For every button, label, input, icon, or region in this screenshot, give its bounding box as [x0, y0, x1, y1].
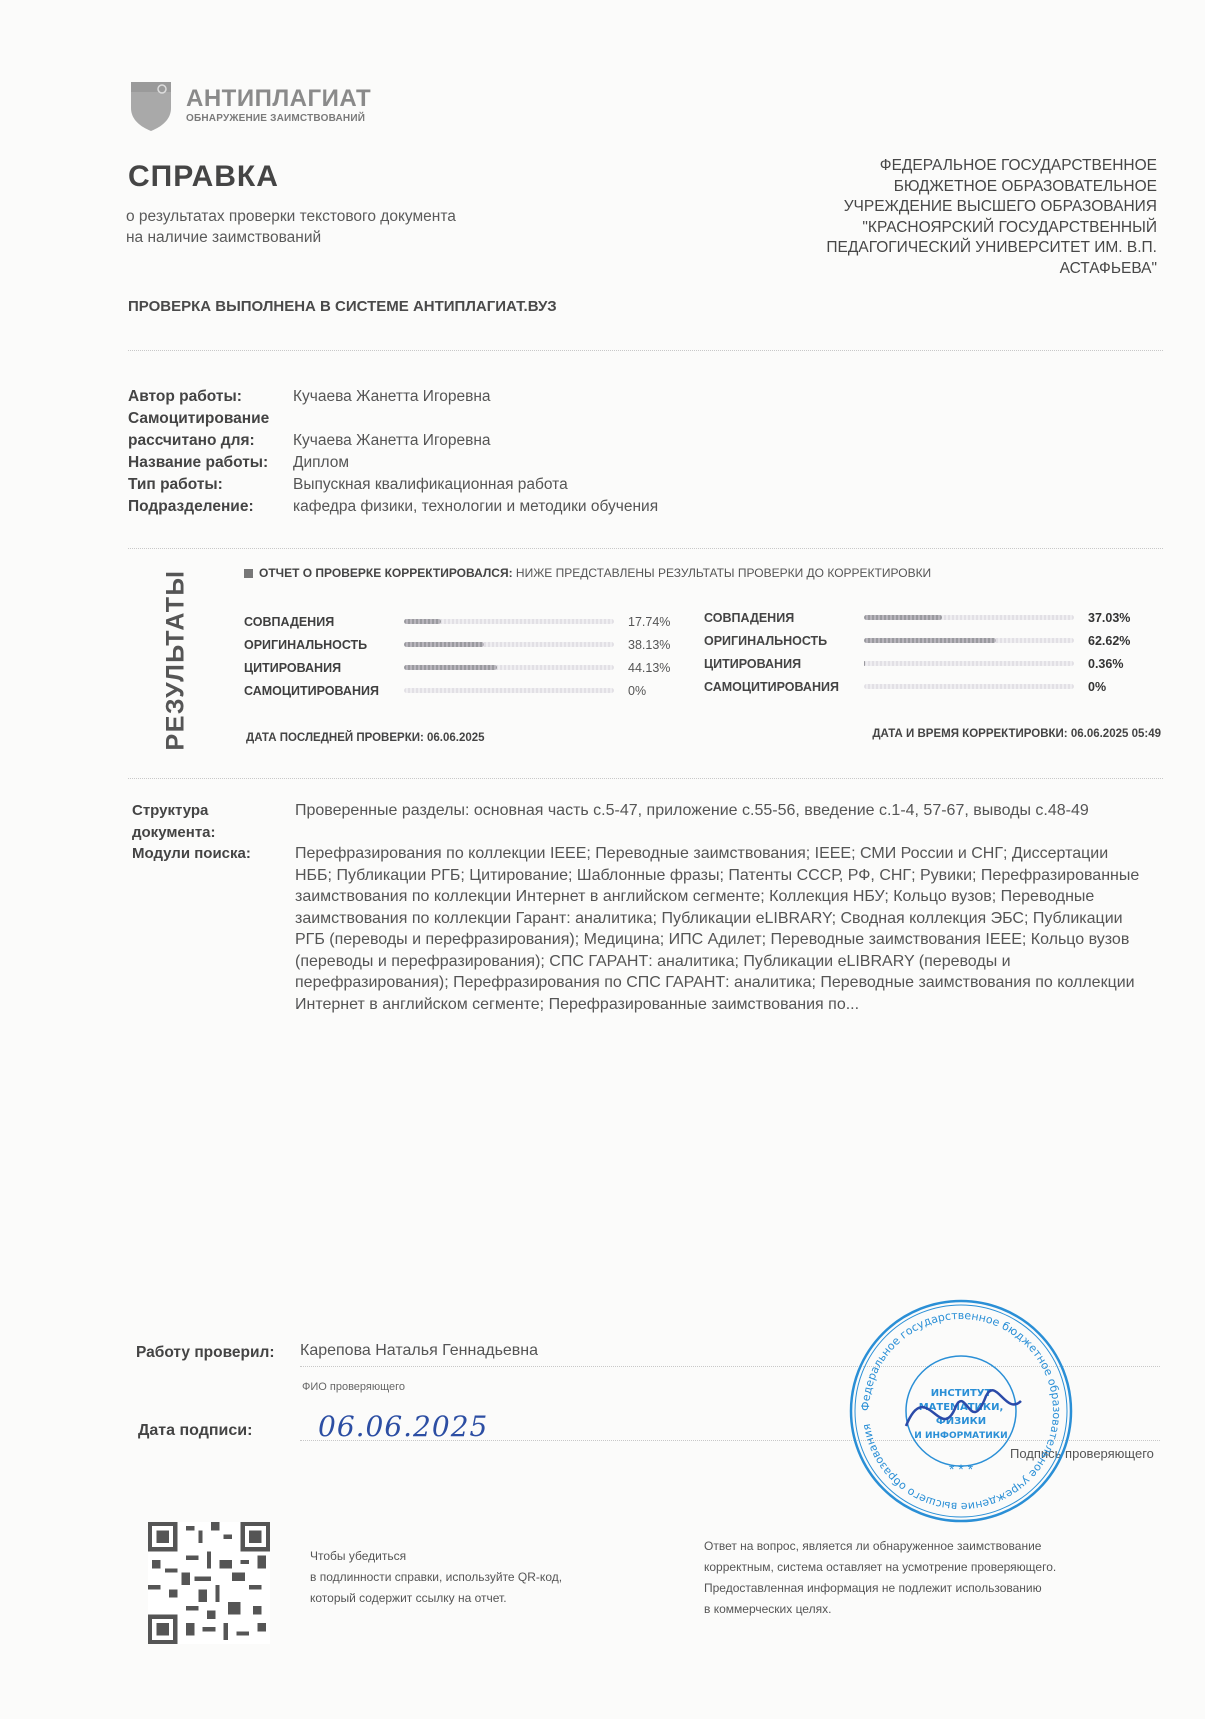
logo-subtitle: ОБНАРУЖЕНИЕ ЗАИМСТВОВАНИЙ — [186, 113, 371, 124]
stat-label: ОРИГИНАЛЬНОСТЬ — [704, 634, 864, 648]
stat-row: САМОЦИТИРОВАНИЯ0% — [244, 679, 674, 702]
stat-row: СОВПАДЕНИЯ37.03% — [704, 606, 1134, 629]
checked-by-value: Карепова Наталья Геннадьевна — [300, 1342, 538, 1360]
stat-row: СОВПАДЕНИЯ17.74% — [244, 610, 674, 633]
correction-notice: ОТЧЕТ О ПРОВЕРКЕ КОРРЕКТИРОВАЛСЯ: НИЖЕ П… — [244, 566, 931, 580]
meta-row-title: Название работы: Диплом — [128, 452, 908, 474]
stat-row: ОРИГИНАЛЬНОСТЬ62.62% — [704, 629, 1134, 652]
stat-label: САМОЦИТИРОВАНИЯ — [244, 684, 404, 698]
stats-before-correction: СОВПАДЕНИЯ37.03% ОРИГИНАЛЬНОСТЬ62.62% ЦИ… — [704, 606, 1134, 698]
meta-row-selfcite-for: рассчитано для: Кучаева Жанетта Игоревна — [128, 430, 908, 452]
meta-value: Кучаева Жанетта Игоревна — [293, 430, 491, 452]
org-line: ПЕДАГОГИЧЕСКИЙ УНИВЕРСИТЕТ ИМ. В.П. — [737, 238, 1157, 259]
stat-value: 44.13% — [628, 661, 670, 675]
last-check-date: ДАТА ПОСЛЕДНЕЙ ПРОВЕРКИ: 06.06.2025 — [246, 732, 485, 744]
meta-label: Подразделение: — [128, 496, 293, 518]
meta-value: Выпускная квалификационная работа — [293, 474, 568, 496]
org-line: УЧРЕЖДЕНИЕ ВЫСШЕГО ОБРАЗОВАНИЯ — [737, 197, 1157, 218]
stat-label: СОВПАДЕНИЯ — [244, 615, 404, 629]
org-line: ФЕДЕРАЛЬНОЕ ГОСУДАРСТВЕННОЕ — [737, 156, 1157, 177]
org-line: БЮДЖЕТНОЕ ОБРАЗОВАТЕЛЬНОЕ — [737, 177, 1157, 198]
modules-row: Модули поиска: Перефразирования по колле… — [132, 843, 1142, 1015]
meta-label: рассчитано для: — [128, 430, 293, 452]
bar-fill — [864, 661, 865, 666]
notice-bold: ОТЧЕТ О ПРОВЕРКЕ КОРРЕКТИРОВАЛСЯ: — [259, 566, 513, 580]
divider — [128, 548, 1163, 549]
fio-caption: ФИО проверяющего — [302, 1381, 405, 1393]
system-line: ПРОВЕРКА ВЫПОЛНЕНА В СИСТЕМЕ АНТИПЛАГИАТ… — [128, 298, 557, 315]
work-metadata: Автор работы: Кучаева Жанетта Игоревна С… — [128, 386, 908, 518]
qr-text-line: Чтобы убедиться — [310, 1546, 562, 1567]
notice-text: НИЖЕ ПРЕДСТАВЛЕНЫ РЕЗУЛЬТАТЫ ПРОВЕРКИ ДО… — [513, 566, 932, 580]
disclaimer-line: в коммерческих целях. — [704, 1599, 1056, 1620]
qr-code[interactable] — [148, 1522, 270, 1644]
modules-value: Перефразирования по коллекции IEEE; Пере… — [295, 843, 1142, 1015]
qr-text-line: который содержит ссылку на отчет. — [310, 1588, 562, 1609]
stat-row: ОРИГИНАЛЬНОСТЬ38.13% — [244, 633, 674, 656]
results-heading: РЕЗУЛЬТАТЫ — [162, 570, 191, 751]
sign-date-label: Дата подписи: — [138, 1422, 252, 1440]
meta-row-selfcite: Самоцитирование — [128, 408, 908, 430]
stat-label: ОРИГИНАЛЬНОСТЬ — [244, 638, 404, 652]
document-subtitle: о результатах проверки текстового докуме… — [126, 206, 586, 248]
stat-label: САМОЦИТИРОВАНИЯ — [704, 680, 864, 694]
bar-fill — [864, 638, 996, 643]
stat-value: 38.13% — [628, 638, 670, 652]
shield-icon — [128, 78, 174, 132]
meta-value: кафедра физики, технологии и методики об… — [293, 496, 658, 518]
stat-label: ЦИТИРОВАНИЯ — [244, 661, 404, 675]
document-details: Структура документа: Проверенные разделы… — [132, 800, 1142, 1015]
org-line: "КРАСНОЯРСКИЙ ГОСУДАРСТВЕННЫЙ — [737, 218, 1157, 239]
checked-by-label: Работу проверил: — [136, 1344, 275, 1362]
square-icon — [244, 569, 253, 578]
divider — [128, 350, 1163, 351]
stat-value: 0.36% — [1088, 657, 1123, 671]
disclaimer-line: корректным, система оставляет на усмотре… — [704, 1557, 1056, 1578]
meta-row-type: Тип работы: Выпускная квалификационная р… — [128, 474, 908, 496]
meta-row-department: Подразделение: кафедра физики, технологи… — [128, 496, 908, 518]
stat-label: СОВПАДЕНИЯ — [704, 611, 864, 625]
subtitle-line: на наличие заимствований — [126, 227, 586, 248]
sign-date-handwritten: 06.06.2025 — [318, 1410, 488, 1443]
meta-label: Название работы: — [128, 452, 293, 474]
divider — [128, 778, 1163, 779]
stat-value: 62.62% — [1088, 634, 1130, 648]
svg-text:ИНСТИТУТ: ИНСТИТУТ — [931, 1388, 992, 1399]
svg-text:* * *: * * * — [949, 1461, 974, 1477]
structure-label: Структура документа: — [132, 800, 295, 843]
stat-label: ЦИТИРОВАНИЯ — [704, 657, 864, 671]
stat-value: 17.74% — [628, 615, 670, 629]
disclaimer: Ответ на вопрос, является ли обнаруженно… — [704, 1536, 1056, 1620]
stat-bar — [404, 619, 614, 624]
stat-bar — [404, 665, 614, 670]
stat-bar — [864, 615, 1074, 620]
modules-label: Модули поиска: — [132, 843, 295, 1015]
structure-value: Проверенные разделы: основная часть с.5-… — [295, 800, 1089, 843]
stats-after-correction: СОВПАДЕНИЯ17.74% ОРИГИНАЛЬНОСТЬ38.13% ЦИ… — [244, 610, 674, 702]
bar-fill — [404, 619, 441, 624]
meta-label: Тип работы: — [128, 474, 293, 496]
disclaimer-line: Ответ на вопрос, является ли обнаруженно… — [704, 1536, 1056, 1557]
subtitle-line: о результатах проверки текстового докуме… — [126, 206, 586, 227]
meta-label: Самоцитирование — [128, 408, 293, 430]
stat-value: 0% — [1088, 680, 1106, 694]
bar-fill — [864, 615, 942, 620]
stat-value: 37.03% — [1088, 611, 1130, 625]
correction-datetime: ДАТА И ВРЕМЯ КОРРЕКТИРОВКИ: 06.06.2025 0… — [872, 728, 1161, 740]
stat-bar — [864, 684, 1074, 689]
meta-value: Кучаева Жанетта Игоревна — [293, 386, 491, 408]
logo-title: АНТИПЛАГИАТ — [186, 87, 371, 111]
stat-bar — [864, 661, 1074, 666]
stat-bar — [404, 642, 614, 647]
meta-value: Диплом — [293, 452, 349, 474]
structure-row: Структура документа: Проверенные разделы… — [132, 800, 1142, 843]
disclaimer-line: Предоставленная информация не подлежит и… — [704, 1578, 1056, 1599]
qr-instructions: Чтобы убедиться в подлинности справки, и… — [310, 1546, 562, 1609]
stat-row: ЦИТИРОВАНИЯ0.36% — [704, 652, 1134, 675]
stat-bar — [864, 638, 1074, 643]
label-line: документа: — [132, 822, 295, 844]
qr-text-line: в подлинности справки, используйте QR-ко… — [310, 1567, 562, 1588]
label-line: Структура — [132, 800, 295, 822]
bar-fill — [404, 665, 497, 670]
document-title: СПРАВКА — [128, 160, 279, 194]
org-line: АСТАФЬЕВА" — [737, 259, 1157, 280]
official-stamp: Федеральное государственное бюджетное об… — [846, 1296, 1076, 1526]
stat-value: 0% — [628, 684, 646, 698]
meta-row-author: Автор работы: Кучаева Жанетта Игоревна — [128, 386, 908, 408]
organization-name: ФЕДЕРАЛЬНОЕ ГОСУДАРСТВЕННОЕ БЮДЖЕТНОЕ ОБ… — [737, 156, 1157, 279]
results-panel: РЕЗУЛЬТАТЫ ОТЧЕТ О ПРОВЕРКЕ КОРРЕКТИРОВА… — [148, 560, 1173, 760]
meta-label: Автор работы: — [128, 386, 293, 408]
results-side-label: РЕЗУЛЬТАТЫ — [148, 560, 204, 760]
bar-fill — [404, 642, 484, 647]
stat-row: ЦИТИРОВАНИЯ44.13% — [244, 656, 674, 679]
antiplagiat-logo: АНТИПЛАГИАТ ОБНАРУЖЕНИЕ ЗАИМСТВОВАНИЙ — [128, 78, 371, 132]
svg-text:И ИНФОРМАТИКИ: И ИНФОРМАТИКИ — [914, 1431, 1007, 1441]
stat-row: САМОЦИТИРОВАНИЯ0% — [704, 675, 1134, 698]
stat-bar — [404, 688, 614, 693]
